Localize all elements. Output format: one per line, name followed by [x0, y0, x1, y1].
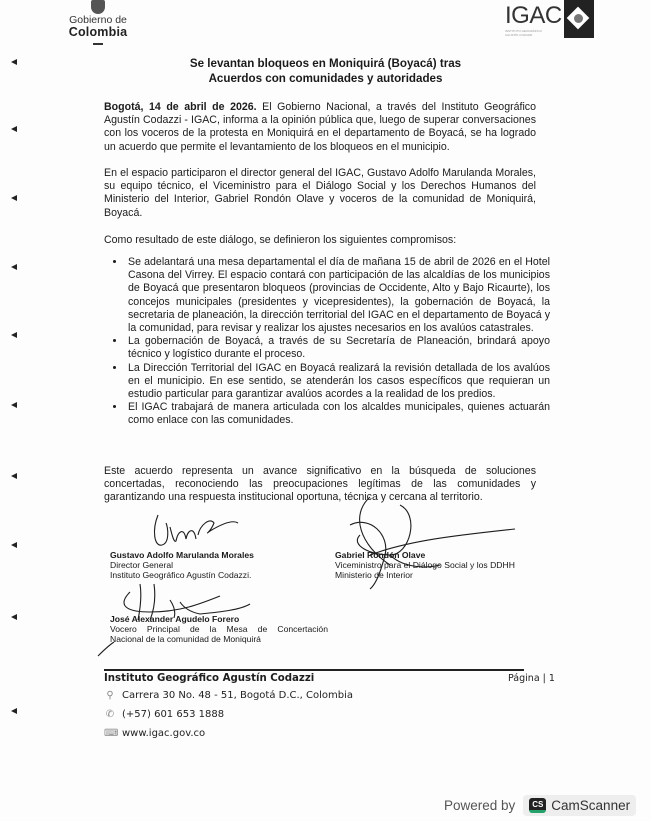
margin-mark	[11, 402, 17, 408]
footer-org-name: Instituto Geográfico Agustín Codazzi	[104, 673, 314, 684]
phone-icon: ✆	[104, 709, 116, 720]
title-line-1: Se levantan bloqueos en Moniquirá (Boyac…	[0, 56, 651, 71]
camscanner-watermark: Powered by CS CamScanner	[444, 795, 636, 816]
commitment-item: La gobernación de Boyacá, a través de su…	[126, 335, 550, 361]
margin-mark	[11, 126, 17, 132]
igac-globe-icon	[564, 0, 594, 38]
commitments-list: Se adelantará una mesa departamental el …	[112, 256, 550, 428]
location-pin-icon: ⚲	[104, 690, 116, 701]
signer-name: Gustavo Adolfo Marulanda Morales	[110, 550, 254, 560]
commitment-item: La Dirección Territorial del IGAC en Boy…	[126, 362, 550, 402]
paragraph-commitments-intro: Como resultado de este diálogo, se defin…	[104, 234, 536, 247]
igac-logo-text: IGAC	[505, 3, 562, 29]
gov-logo-line2: Colombia	[66, 26, 130, 39]
coat-of-arms-icon	[91, 0, 105, 14]
camscanner-badge: CS CamScanner	[523, 795, 636, 816]
paragraph-participants: En el espacio participaron el director g…	[104, 167, 536, 220]
signer-org: Nacional de la comunidad de Moniquirá	[110, 634, 328, 644]
margin-mark	[11, 542, 17, 548]
margin-mark	[11, 195, 17, 201]
gov-logo-underline	[93, 43, 103, 45]
gobierno-de-colombia-logo: Gobierno de Colombia	[66, 0, 130, 45]
margin-mark	[11, 614, 17, 620]
footer-divider	[104, 669, 524, 671]
commitment-item: Se adelantará una mesa departamental el …	[126, 256, 550, 335]
signer-name: Gabriel Rondón Olave	[335, 550, 515, 560]
address-text: Carrera 30 No. 48 - 51, Bogotá D.C., Col…	[122, 690, 353, 701]
margin-mark	[11, 473, 17, 479]
camscanner-logo-icon: CS	[529, 798, 546, 813]
signature-block-director: Gustavo Adolfo Marulanda Morales Directo…	[110, 550, 254, 580]
signer-role: Viceministro para el Diálogo Social y lo…	[335, 560, 515, 570]
dateline: Bogotá, 14 de abril de 2026.	[104, 101, 257, 113]
signer-role: Vocero Principal de la Mesa de Concertac…	[110, 624, 328, 634]
commitment-item: El IGAC trabajará de manera articulada c…	[126, 401, 550, 427]
footer-web: ⌨ www.igac.gov.co	[104, 728, 205, 739]
camscanner-brand: CamScanner	[551, 798, 630, 813]
margin-mark	[11, 332, 17, 338]
margin-mark	[11, 264, 17, 270]
footer-address: ⚲ Carrera 30 No. 48 - 51, Bogotá D.C., C…	[104, 690, 353, 701]
signer-org: Ministerio de Interior	[335, 570, 515, 580]
document-title: Se levantan bloqueos en Moniquirá (Boyac…	[0, 56, 651, 86]
signature-block-vocero: José Alexander Agudelo Forero Vocero Pri…	[110, 614, 328, 644]
signer-role: Director General	[110, 560, 254, 570]
powered-by-label: Powered by	[444, 798, 515, 813]
signer-org: Instituto Geográfico Agustín Codazzi.	[110, 570, 254, 580]
footer-phone: ✆ (+57) 601 653 1888	[104, 709, 224, 720]
signer-name: José Alexander Agudelo Forero	[110, 614, 328, 624]
igac-logo-subtext: INSTITUTO GEOGRÁFICO AGUSTÍN CODAZZI	[505, 29, 555, 37]
phone-text: (+57) 601 653 1888	[122, 709, 224, 720]
signature-block-viceministro: Gabriel Rondón Olave Viceministro para e…	[335, 550, 515, 580]
signature-marulanda	[140, 505, 250, 555]
title-line-2: Acuerdos con comunidades y autoridades	[0, 71, 651, 86]
paragraph-intro: Bogotá, 14 de abril de 2026. El Gobierno…	[104, 101, 536, 154]
margin-mark	[11, 708, 17, 714]
web-icon: ⌨	[104, 728, 116, 739]
web-link[interactable]: www.igac.gov.co	[122, 728, 205, 739]
page-number: Página | 1	[508, 673, 555, 684]
igac-logo: IGAC INSTITUTO GEOGRÁFICO AGUSTÍN CODAZZ…	[505, 0, 594, 38]
